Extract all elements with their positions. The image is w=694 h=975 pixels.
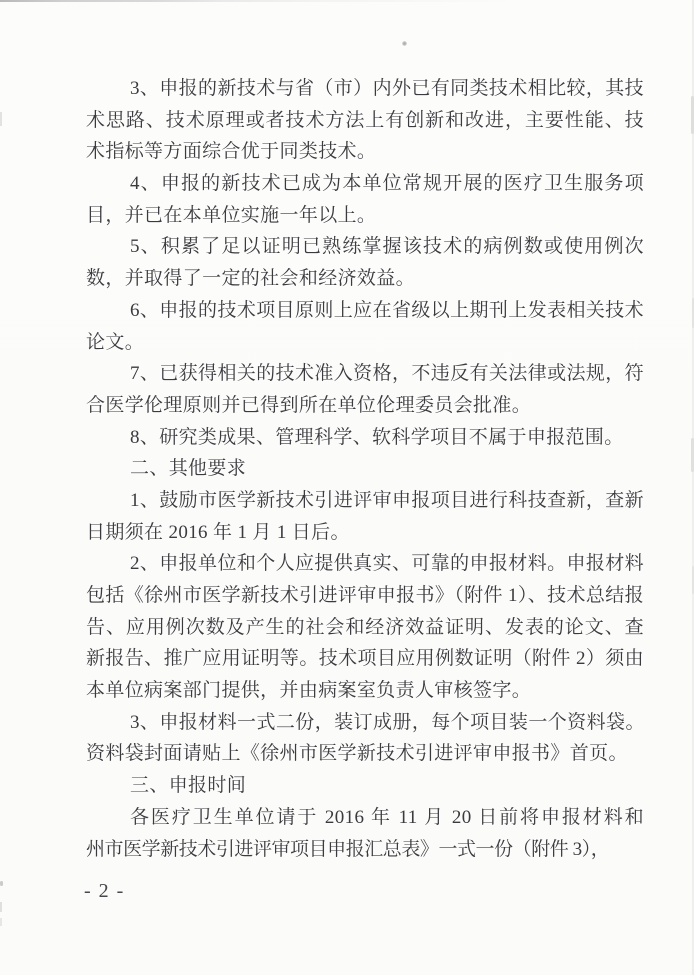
paragraph: 3、申报的新技术与省（市）内外已有同类技术相比较，其技 术思路、技术原理或者技术… xyxy=(86,73,644,168)
paragraph: 7、已获得相关的技术准入资格，不违反有关法律或法规，符 合医学伦理原则并已得到所… xyxy=(86,358,644,421)
text-line: 3、申报的新技术与省（市）内外已有同类技术相比较，其技 xyxy=(86,73,644,105)
paragraph: 5、积累了足以证明已熟练掌握该技术的病例数或使用例次 数，并取得了一定的社会和经… xyxy=(86,231,644,294)
document-body: 3、申报的新技术与省（市）内外已有同类技术相比较，其技 术思路、技术原理或者技术… xyxy=(86,73,644,865)
text-line: 论文。 xyxy=(86,327,644,359)
text-line: 术指标等方面综合优于同类技术。 xyxy=(86,136,644,168)
paragraph: 1、鼓励市医学新技术引进评审申报项目进行科技查新，查新 日期须在 2016 年 … xyxy=(86,485,644,548)
text-line: 4、申报的新技术已成为本单位常规开展的医疗卫生服务项 xyxy=(86,168,644,200)
scan-artifact-left-speck xyxy=(0,902,2,912)
text-line: 3、申报材料一式二份，装订成册，每个项目装一个资料袋。 xyxy=(86,707,644,739)
text-line: 目，并已在本单位实施一年以上。 xyxy=(86,200,644,232)
paragraph: 8、研究类成果、管理科学、软科学项目不属于申报范围。 xyxy=(86,422,644,454)
paragraph section-heading: 三、申报时间 xyxy=(86,770,644,802)
document-page: 3、申报的新技术与省（市）内外已有同类技术相比较，其技 术思路、技术原理或者技术… xyxy=(0,0,694,975)
paragraph section-heading: 二、其他要求 xyxy=(86,453,644,485)
paragraph: 3、申报材料一式二份，装订成册，每个项目装一个资料袋。 资料袋封面请贴上《徐州市… xyxy=(86,707,644,770)
text-line: 1、鼓励市医学新技术引进评审申报项目进行科技查新，查新 xyxy=(86,485,644,517)
paragraph: 各医疗卫生单位请于 2016 年 11 月 20 日前将申报材料和《徐 州市医学… xyxy=(86,802,644,865)
text-line: 术思路、技术原理或者技术方法上有创新和改进，主要性能、技 xyxy=(86,105,644,137)
text-line: 各医疗卫生单位请于 2016 年 11 月 20 日前将申报材料和《徐 xyxy=(86,802,644,834)
text-line: 7、已获得相关的技术准入资格，不违反有关法律或法规，符 xyxy=(86,358,644,390)
text-line: 日期须在 2016 年 1 月 1 日后。 xyxy=(86,517,644,549)
text-line: 本单位病案部门提供，并由病案室负责人审核签字。 xyxy=(86,675,644,707)
section-heading-line: 三、申报时间 xyxy=(86,770,644,802)
scan-artifact-left-speck xyxy=(0,918,2,926)
text-line: 包括《徐州市医学新技术引进评审申报书》（附件 1）、技术总结报 xyxy=(86,580,644,612)
text-line: 新报告、推广应用证明等。技术项目应用例数证明（附件 2）须由 xyxy=(86,643,644,675)
section-heading-line: 二、其他要求 xyxy=(86,453,644,485)
text-line: 资料袋封面请贴上《徐州市医学新技术引进评审申报书》首页。 xyxy=(86,738,644,770)
text-line: 合医学伦理原则并已得到所在单位伦理委员会批准。 xyxy=(86,390,644,422)
scan-artifact-left-speck xyxy=(0,112,2,126)
text-line: 6、申报的技术项目原则上应在省级以上期刊上发表相关技术 xyxy=(86,295,644,327)
text-line: 2、申报单位和个人应提供真实、可靠的申报材料。申报材料 xyxy=(86,548,644,580)
scan-artifact-speck xyxy=(402,41,407,46)
text-line: 州市医学新技术引进评审项目申报汇总表》一式一份（附件 3）， xyxy=(86,834,644,866)
scan-artifact-left-speck xyxy=(0,881,3,886)
paragraph: 2、申报单位和个人应提供真实、可靠的申报材料。申报材料 包括《徐州市医学新技术引… xyxy=(86,548,644,706)
text-line: 告、应用例次数及产生的社会和经济效益证明、发表的论文、查 xyxy=(86,612,644,644)
text-line: 5、积累了足以证明已熟练掌握该技术的病例数或使用例次 xyxy=(86,231,644,263)
text-line: 8、研究类成果、管理科学、软科学项目不属于申报范围。 xyxy=(86,422,644,454)
paragraph: 6、申报的技术项目原则上应在省级以上期刊上发表相关技术 论文。 xyxy=(86,295,644,358)
page-number: - 2 - xyxy=(84,880,125,903)
scan-artifact-top-edge xyxy=(0,0,520,2)
paragraph: 4、申报的新技术已成为本单位常规开展的医疗卫生服务项 目，并已在本单位实施一年以… xyxy=(86,168,644,231)
text-line: 数，并取得了一定的社会和经济效益。 xyxy=(86,263,644,295)
